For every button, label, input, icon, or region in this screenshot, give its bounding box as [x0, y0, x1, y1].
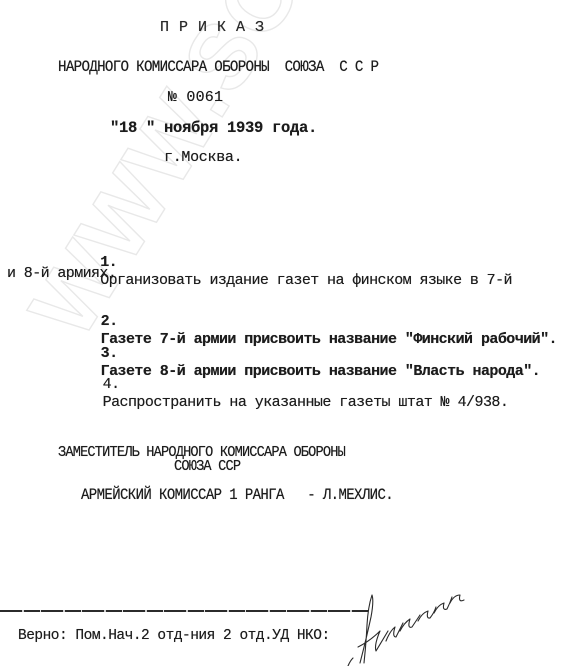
item-text: Распространить на указанные газеты штат …	[103, 394, 509, 411]
signatory-rank-name: АРМЕЙСКИЙ КОМИССАР 1 РАНГА - Л.МЕХЛИС.	[81, 486, 393, 506]
separator-rule	[0, 610, 368, 612]
item-continuation: и 8-й армиях.	[7, 265, 116, 283]
document-title: П Р И К А З	[160, 19, 265, 37]
item-number: 4.	[103, 376, 120, 393]
issuer-line: НАРОДНОГО КОМИССАРА ОБОРОНЫ СОЮЗА С С Р	[58, 58, 378, 78]
certification-line: Верно: Пом.Нач.2 отд-ния 2 отд.УД НКО:	[18, 627, 330, 645]
document-page: WWW.SOLDAT.RU П Р И К А З НАРОДНОГО КОМИ…	[0, 0, 575, 666]
signatory-position-line2: СОЮЗА ССР	[174, 458, 240, 478]
handwritten-signature	[340, 585, 470, 666]
order-number: № 0061	[168, 89, 223, 107]
order-place: г.Москва.	[164, 149, 242, 167]
order-date: "18 " ноября 1939 года.	[110, 119, 317, 137]
order-item: 4. Распространить на указанные газеты шт…	[35, 358, 508, 430]
document-content: П Р И К А З НАРОДНОГО КОМИССАРА ОБОРОНЫ …	[0, 0, 575, 666]
item-text: Организовать издание газет на финском яз…	[100, 272, 512, 289]
